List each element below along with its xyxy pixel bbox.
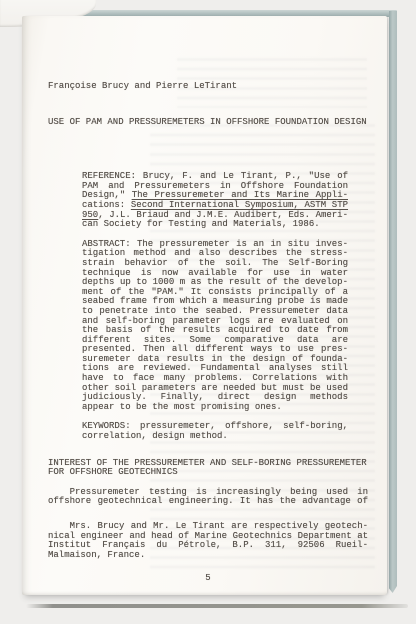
scanned-book-photo: Françoise Brucy and Pierre LeTirant USE … — [0, 0, 416, 624]
underlined-text-segment: Second International Symposium, ASTM STP — [131, 200, 348, 210]
section-heading: INTEREST OF THE PRESSUREMETER AND SELF-B… — [48, 459, 368, 478]
body-paragraph: Pressuremeter testing is increasingly be… — [48, 488, 368, 507]
paper-title: USE OF PAM AND PRESSUREMETERS IN OFFSHOR… — [48, 118, 368, 128]
text-line: correlation, design method. — [82, 432, 348, 442]
underlined-text-segment: The Pressuremeter and Its Marine Appli- — [132, 190, 348, 200]
reference-block: REFERENCE: Brucy, F. and Le Tirant, P., … — [82, 172, 348, 230]
page-number: 5 — [48, 574, 368, 584]
text-line: Malmaison, France. — [48, 551, 368, 561]
text-line: offshore geotechnical engineering. It ha… — [48, 497, 368, 507]
paper-page: Françoise Brucy and Pierre LeTirant USE … — [22, 16, 387, 595]
typed-page-content: Françoise Brucy and Pierre LeTirant USE … — [48, 82, 368, 584]
author-line: Françoise Brucy and Pierre LeTirant — [48, 82, 368, 92]
text-segment: Design," — [82, 190, 132, 200]
book-bottom-edge-line — [26, 604, 408, 608]
footnote: Mrs. Brucy and Mr. Le Tirant are respect… — [48, 522, 368, 560]
abstract-block: ABSTRACT: The pressuremeter is an in sit… — [82, 240, 348, 413]
text-line: appear to be the most promising ones. — [82, 403, 348, 413]
text-line: can Society for Testing and Materials, 1… — [82, 220, 348, 230]
text-line: FOR OFFSHORE GEOTECHNICS — [48, 468, 368, 478]
keywords-block: KEYWORDS: pressuremeter, offshore, self-… — [82, 422, 348, 441]
book-cover-right-edge — [389, 11, 397, 593]
text-segment: cations: — [82, 200, 131, 210]
